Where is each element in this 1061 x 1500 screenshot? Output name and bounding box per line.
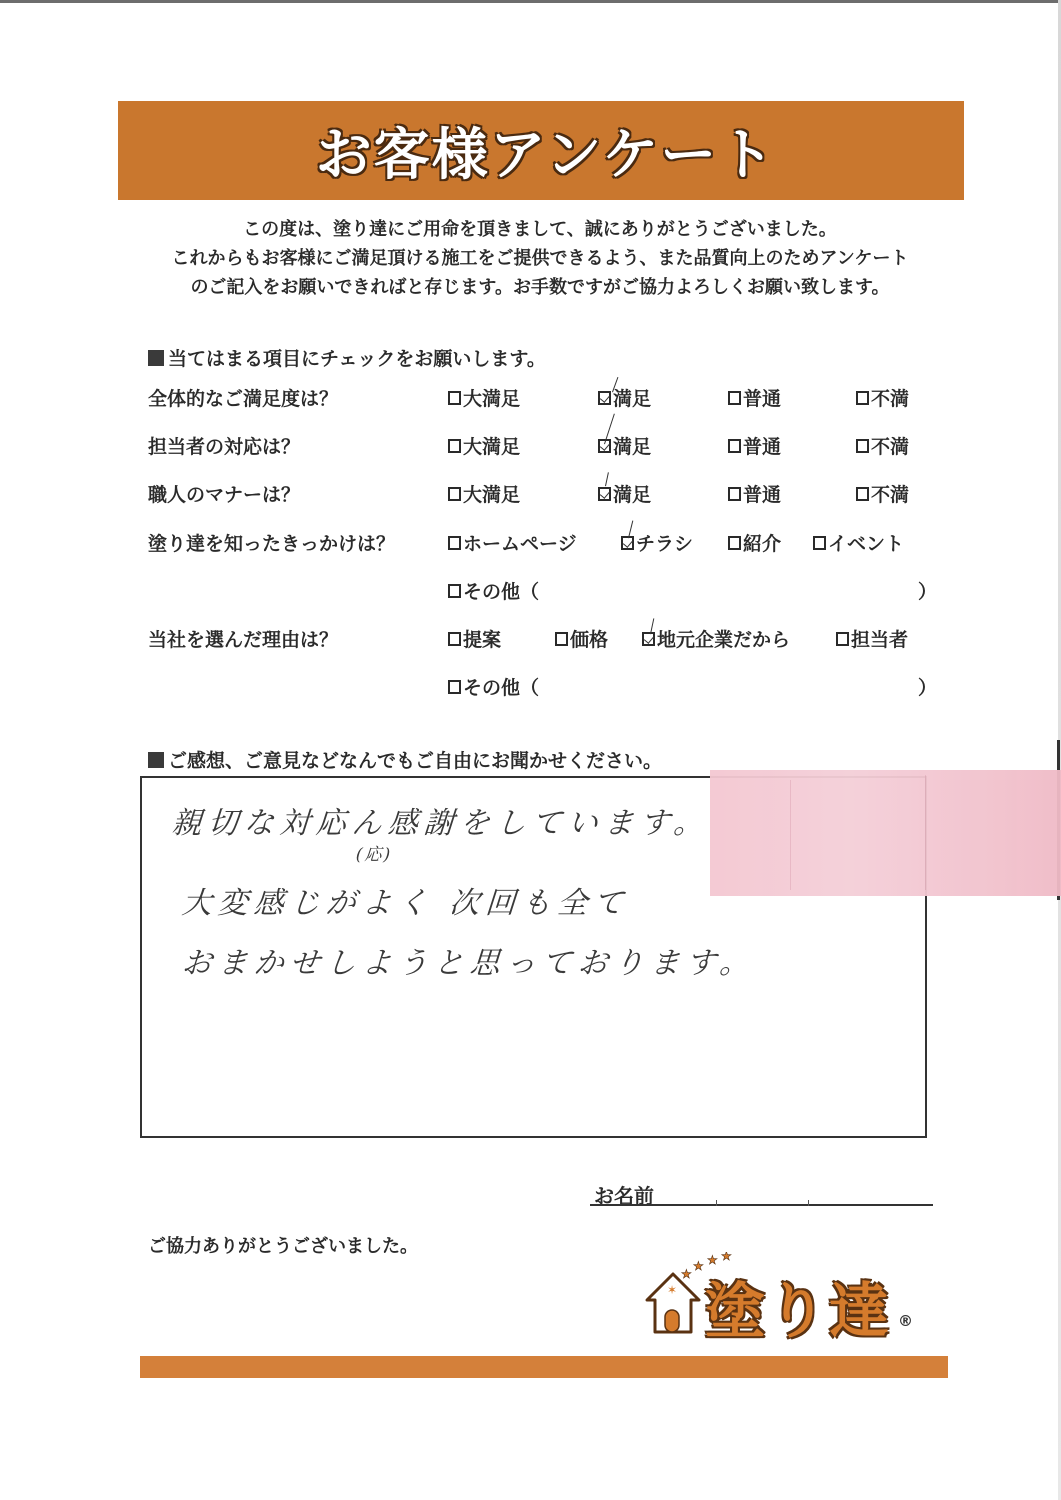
- question-row-overall-satisfaction: 全体的なご満足度は？ 大満足 満足 普通 不満: [148, 384, 938, 414]
- checkbox-icon[interactable]: [448, 487, 461, 501]
- checkbox-icon[interactable]: [728, 439, 741, 453]
- checkbox-icon[interactable]: [728, 536, 741, 550]
- svg-text:★: ★: [693, 1259, 704, 1273]
- option-homepage[interactable]: ホームページ: [448, 529, 577, 556]
- option-flyer[interactable]: チラシ: [621, 529, 693, 556]
- svg-text:★: ★: [721, 1252, 732, 1263]
- question-label: 塗り達を知ったきっかけは？: [148, 529, 395, 556]
- question-row-reason-other: その他（ ）: [148, 673, 938, 703]
- name-line-tick: [716, 1200, 717, 1206]
- question-label: 全体的なご満足度は？: [148, 384, 338, 411]
- checkbox-checked-icon[interactable]: [642, 632, 655, 646]
- checkbox-icon[interactable]: [555, 632, 568, 646]
- checkbox-icon[interactable]: [448, 439, 461, 453]
- checkbox-icon[interactable]: [856, 487, 869, 501]
- checkbox-icon[interactable]: [448, 584, 461, 598]
- option-staff[interactable]: 担当者: [836, 625, 908, 652]
- option-proposal[interactable]: 提案: [448, 625, 501, 652]
- svg-text:★: ★: [681, 1267, 692, 1281]
- page-title: お客様アンケート: [316, 111, 777, 191]
- option-very-satisfied[interactable]: 大満足: [448, 480, 520, 507]
- checkbox-icon[interactable]: [728, 391, 741, 405]
- option-price[interactable]: 価格: [555, 625, 608, 652]
- question-label: 職人のマナーは？: [148, 480, 300, 507]
- handwritten-line: 親切な対応ん感謝をしています。: [170, 798, 711, 842]
- checkbox-checked-icon[interactable]: [598, 487, 611, 501]
- svg-text:✶: ✶: [667, 1283, 677, 1297]
- handwritten-line: おまかせしようと思っております。: [180, 938, 757, 982]
- privacy-sticker: [710, 770, 1061, 896]
- other-paren-close: ）: [918, 577, 937, 604]
- option-very-satisfied[interactable]: 大満足: [448, 384, 520, 411]
- name-field[interactable]: [590, 1204, 933, 1206]
- checkbox-icon[interactable]: [856, 391, 869, 405]
- handwritten-line: 大変感じがよく 次回も全て: [180, 878, 631, 922]
- intro-text: この度は、塗り達にご用命を頂きまして、誠にありがとうございました。 これからもお…: [140, 215, 940, 302]
- scan-edge-top: [0, 0, 1061, 3]
- option-dissatisfied[interactable]: 不満: [856, 384, 909, 411]
- checkbox-icon[interactable]: [448, 391, 461, 405]
- option-other[interactable]: その他（: [448, 673, 539, 700]
- checkbox-checked-icon[interactable]: [598, 391, 611, 405]
- option-average[interactable]: 普通: [728, 384, 781, 411]
- checkbox-icon[interactable]: [728, 487, 741, 501]
- footer-bar: [140, 1356, 948, 1378]
- company-logo: ✶ ★ ★ ★ ★ 塗り達 ®: [643, 1252, 933, 1342]
- question-row-how-found-other: その他（ ）: [148, 577, 938, 607]
- comments-heading: ご感想、ご意見などなんでもご自由にお聞かせください。: [148, 746, 662, 773]
- question-row-staff-response: 担当者の対応は？ 大満足 満足 普通 不満: [148, 432, 938, 462]
- question-row-craftsman-manners: 職人のマナーは？ 大満足 満足 普通 不満: [148, 480, 938, 510]
- option-local-company[interactable]: 地元企業だから: [642, 625, 790, 652]
- question-label: 担当者の対応は？: [148, 432, 300, 459]
- intro-line: のご記入をお願いできればと存じます。お手数ですがご協力よろしくお願い致します。: [140, 273, 940, 302]
- question-label: 当社を選んだ理由は？: [148, 625, 338, 652]
- option-very-satisfied[interactable]: 大満足: [448, 432, 520, 459]
- intro-line: この度は、塗り達にご用命を頂きまして、誠にありがとうございました。: [140, 215, 940, 244]
- question-row-how-found: 塗り達を知ったきっかけは？ ホームページ チラシ 紹介 イベント: [148, 529, 938, 559]
- other-paren-close: ）: [918, 673, 937, 700]
- thanks-text: ご協力ありがとうございました。: [148, 1232, 418, 1258]
- option-dissatisfied[interactable]: 不満: [856, 432, 909, 459]
- option-average[interactable]: 普通: [728, 480, 781, 507]
- option-referral[interactable]: 紹介: [728, 529, 781, 556]
- intro-line: これからもお客様にご満足頂ける施工をご提供できるよう、また品質向上のためアンケー…: [140, 244, 940, 273]
- option-average[interactable]: 普通: [728, 432, 781, 459]
- square-bullet-icon: [148, 752, 164, 768]
- checkbox-icon[interactable]: [448, 536, 461, 550]
- checkbox-icon[interactable]: [836, 632, 849, 646]
- checkbox-icon[interactable]: [813, 536, 826, 550]
- handwritten-annotation: (応): [355, 840, 393, 865]
- title-banner: お客様アンケート: [118, 101, 964, 200]
- checklist-heading: 当てはまる項目にチェックをお願いします。: [148, 344, 546, 371]
- option-event[interactable]: イベント: [813, 529, 904, 556]
- option-other[interactable]: その他（: [448, 577, 539, 604]
- checkbox-icon[interactable]: [856, 439, 869, 453]
- checkbox-icon[interactable]: [448, 632, 461, 646]
- square-bullet-icon: [148, 350, 164, 366]
- logo-text: 塗り達: [705, 1264, 891, 1350]
- checkbox-icon[interactable]: [448, 680, 461, 694]
- question-row-reason-chosen: 当社を選んだ理由は？ 提案 価格 地元企業だから 担当者: [148, 625, 938, 655]
- option-satisfied[interactable]: 満足: [598, 384, 651, 411]
- option-dissatisfied[interactable]: 不満: [856, 480, 909, 507]
- registered-mark: ®: [898, 1312, 913, 1330]
- name-line-tick: [808, 1200, 809, 1206]
